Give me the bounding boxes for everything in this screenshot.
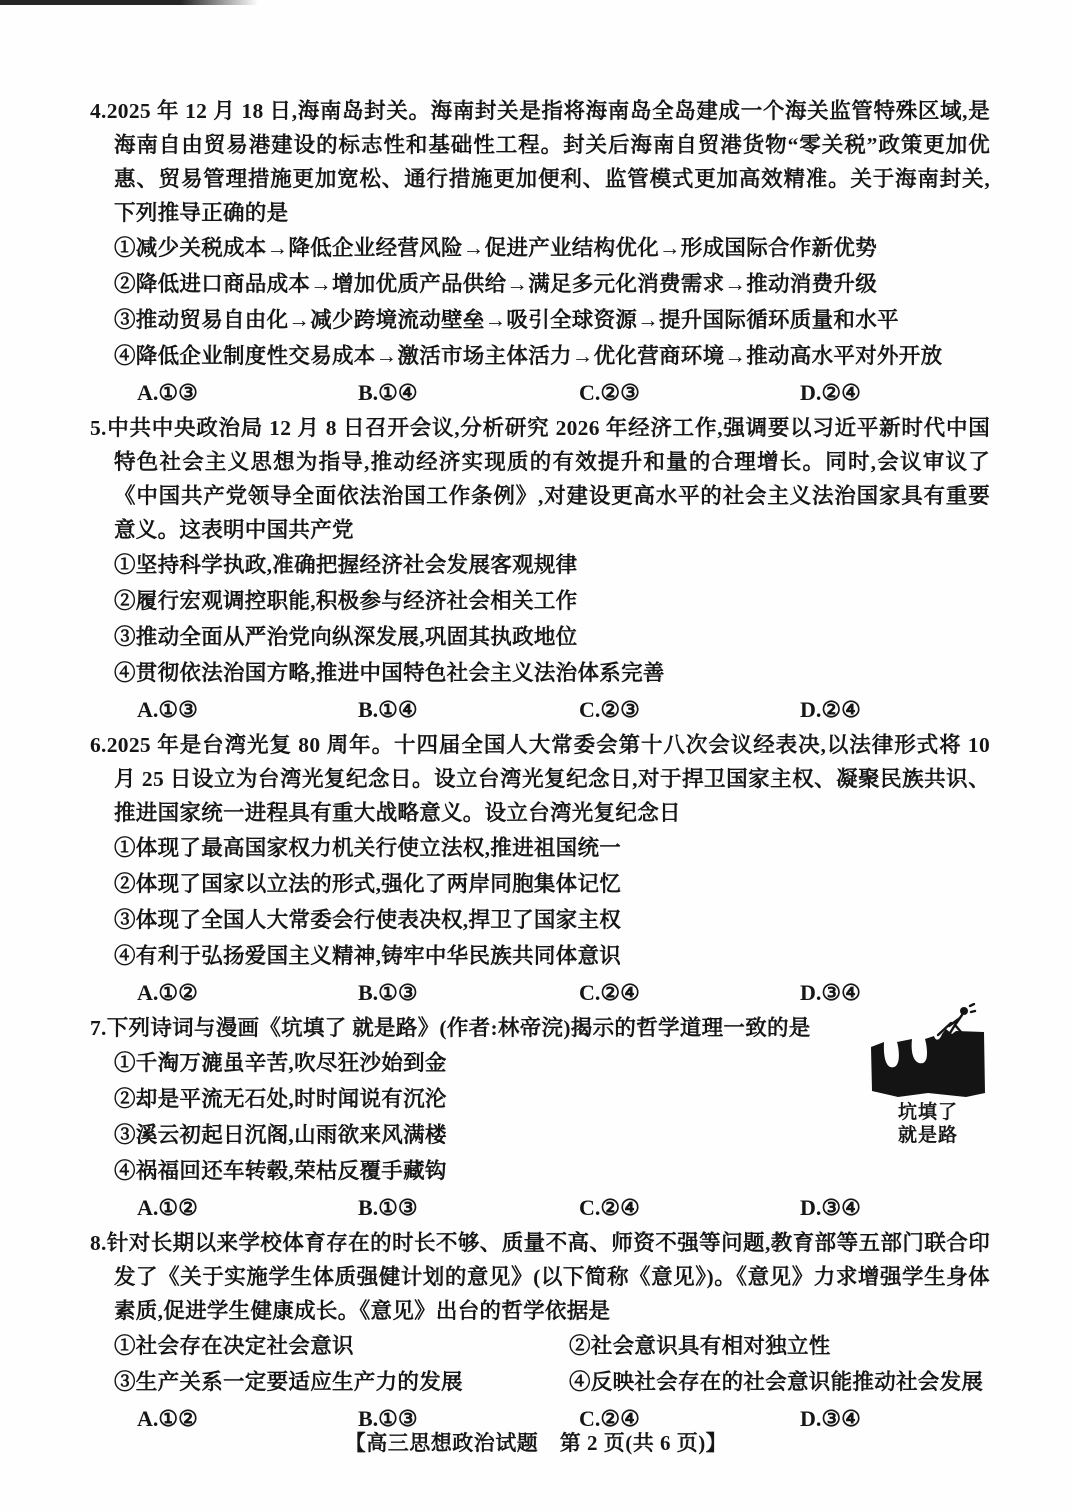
statement-4: ④降低企业制度性交易成本→激活市场主体活力→优化营商环境→推动高水平对外开放	[90, 338, 990, 374]
statement-4: ④有利于弘扬爱国主义精神,铸牢中华民族共同体意识	[90, 938, 990, 974]
statement-4: ④祸福回还车转毂,荣枯反覆手藏钩	[90, 1153, 990, 1189]
choice-a: A.①③	[137, 691, 358, 728]
question-stem-text: 针对长期以来学校体育存在的时长不够、质量不高、师资不强等问题,教育部等五部门联合…	[107, 1231, 990, 1323]
statement-3: ③溪云初起日沉阁,山雨欲来风满楼	[90, 1117, 990, 1153]
question-6: 6.2025 年是台湾光复 80 周年。十四届全国人大常委会第十八次会议经表决,…	[90, 728, 990, 1011]
choice-a: A.①③	[137, 374, 358, 411]
choice-d: D.③④	[800, 1189, 861, 1226]
statement-4: ④贯彻依法治国方略,推进中国特色社会主义法治体系完善	[90, 655, 990, 691]
answer-choices: A.①③ B.①④ C.②③ D.②④	[90, 374, 990, 411]
answer-choices: A.①③ B.①④ C.②③ D.②④	[90, 691, 990, 728]
choice-c: C.②③	[579, 691, 800, 728]
cartoon-illustration	[868, 1003, 988, 1101]
cartoon-figure	[938, 1004, 975, 1035]
choice-b: B.①③	[358, 1189, 579, 1226]
statement-2: ②降低进口商品成本→增加优质产品供给→满足多元化消费需求→推动消费升级	[90, 266, 990, 302]
statement-2: ②体现了国家以立法的形式,强化了两岸同胞集体记忆	[90, 866, 990, 902]
statement-3: ③生产关系一定要适应生产力的发展	[114, 1364, 569, 1400]
statement-3: ③推动贸易自由化→减少跨境流动壁垒→吸引全球资源→提升国际循环质量和水平	[90, 302, 990, 338]
choice-c: C.②③	[579, 374, 800, 411]
choice-c: C.②④	[579, 1189, 800, 1226]
question-number: 4.	[90, 99, 107, 123]
statement-2: ②履行宏观调控职能,积极参与经济社会相关工作	[90, 583, 990, 619]
choice-a: A.①②	[137, 974, 358, 1011]
choice-b: B.①④	[358, 691, 579, 728]
answer-choices: A.①② B.①③ C.②④ D.③④	[90, 1189, 990, 1226]
question-number: 6.	[90, 733, 107, 757]
statement-1: ①坚持科学执政,准确把握经济社会发展客观规律	[90, 547, 990, 583]
statement-1: ①减少关税成本→降低企业经营风险→促进产业结构优化→形成国际合作新优势	[90, 230, 990, 266]
question-stem: 4.2025 年 12 月 18 日,海南岛封关。海南封关是指将海南岛全岛建成一…	[90, 94, 990, 230]
choice-b: B.①④	[358, 374, 579, 411]
page-footer: 【高三思想政治试题 第 2 页(共 6 页)】	[0, 1429, 1072, 1457]
statement-2: ②却是平流无石处,时时闻说有沉沦	[90, 1081, 990, 1117]
choice-d: D.②④	[800, 691, 861, 728]
choice-a: A.①②	[137, 1189, 358, 1226]
questions-area: 4.2025 年 12 月 18 日,海南岛封关。海南封关是指将海南岛全岛建成一…	[90, 94, 990, 1437]
statements-grid: ①社会存在决定社会意识 ②社会意识具有相对独立性 ③生产关系一定要适应生产力的发…	[90, 1328, 990, 1400]
scan-artifact-top	[0, 0, 258, 5]
statement-4: ④反映社会存在的社会意识能推动社会发展	[569, 1364, 990, 1400]
cartoon-ground	[871, 1029, 985, 1097]
question-stem: 7.下列诗词与漫画《坑填了 就是路》(作者:林帝浣)揭示的哲学道理一致的是	[90, 1011, 990, 1045]
question-stem-text: 2025 年是台湾光复 80 周年。十四届全国人大常委会第十八次会议经表决,以法…	[107, 733, 990, 825]
question-number: 7.	[90, 1016, 107, 1040]
statement-1: ①体现了最高国家权力机关行使立法权,推进祖国统一	[90, 830, 990, 866]
statement-2: ②社会意识具有相对独立性	[569, 1328, 990, 1364]
cartoon-pit-filled-road: 坑填了 就是路	[866, 1003, 990, 1147]
choice-d: D.③④	[800, 974, 861, 1011]
statement-1: ①社会存在决定社会意识	[114, 1328, 569, 1364]
statement-3: ③体现了全国人大常委会行使表决权,捍卫了国家主权	[90, 902, 990, 938]
question-stem: 5.中共中央政治局 12 月 8 日召开会议,分析研究 2026 年经济工作,强…	[90, 411, 990, 547]
question-number: 5.	[90, 416, 107, 440]
choice-b: B.①③	[358, 974, 579, 1011]
question-stem-text: 中共中央政治局 12 月 8 日召开会议,分析研究 2026 年经济工作,强调要…	[107, 416, 990, 542]
page-footer-text: 【高三思想政治试题 第 2 页(共 6 页)】	[345, 1431, 728, 1455]
exam-page: 4.2025 年 12 月 18 日,海南岛封关。海南封关是指将海南岛全岛建成一…	[0, 0, 1072, 1512]
cartoon-caption-line-1: 坑填了	[866, 1101, 990, 1124]
question-stem: 6.2025 年是台湾光复 80 周年。十四届全国人大常委会第十八次会议经表决,…	[90, 728, 990, 830]
question-stem-text: 下列诗词与漫画《坑填了 就是路》(作者:林帝浣)揭示的哲学道理一致的是	[107, 1016, 811, 1040]
cartoon-caption-line-2: 就是路	[866, 1124, 990, 1147]
question-stem-text: 2025 年 12 月 18 日,海南岛封关。海南封关是指将海南岛全岛建成一个海…	[107, 99, 990, 225]
choice-c: C.②④	[579, 974, 800, 1011]
question-4: 4.2025 年 12 月 18 日,海南岛封关。海南封关是指将海南岛全岛建成一…	[90, 94, 990, 411]
statement-3: ③推动全面从严治党向纵深发展,巩固其执政地位	[90, 619, 990, 655]
answer-choices: A.①② B.①③ C.②④ D.③④	[90, 974, 990, 1011]
question-number: 8.	[90, 1231, 107, 1255]
choice-d: D.②④	[800, 374, 861, 411]
question-5: 5.中共中央政治局 12 月 8 日召开会议,分析研究 2026 年经济工作,强…	[90, 411, 990, 728]
question-8: 8.针对长期以来学校体育存在的时长不够、质量不高、师资不强等问题,教育部等五部门…	[90, 1226, 990, 1437]
question-stem: 8.针对长期以来学校体育存在的时长不够、质量不高、师资不强等问题,教育部等五部门…	[90, 1226, 990, 1328]
statement-1: ①千淘万漉虽辛苦,吹尽狂沙始到金	[90, 1045, 990, 1081]
question-7: 7.下列诗词与漫画《坑填了 就是路》(作者:林帝浣)揭示的哲学道理一致的是	[90, 1011, 990, 1226]
